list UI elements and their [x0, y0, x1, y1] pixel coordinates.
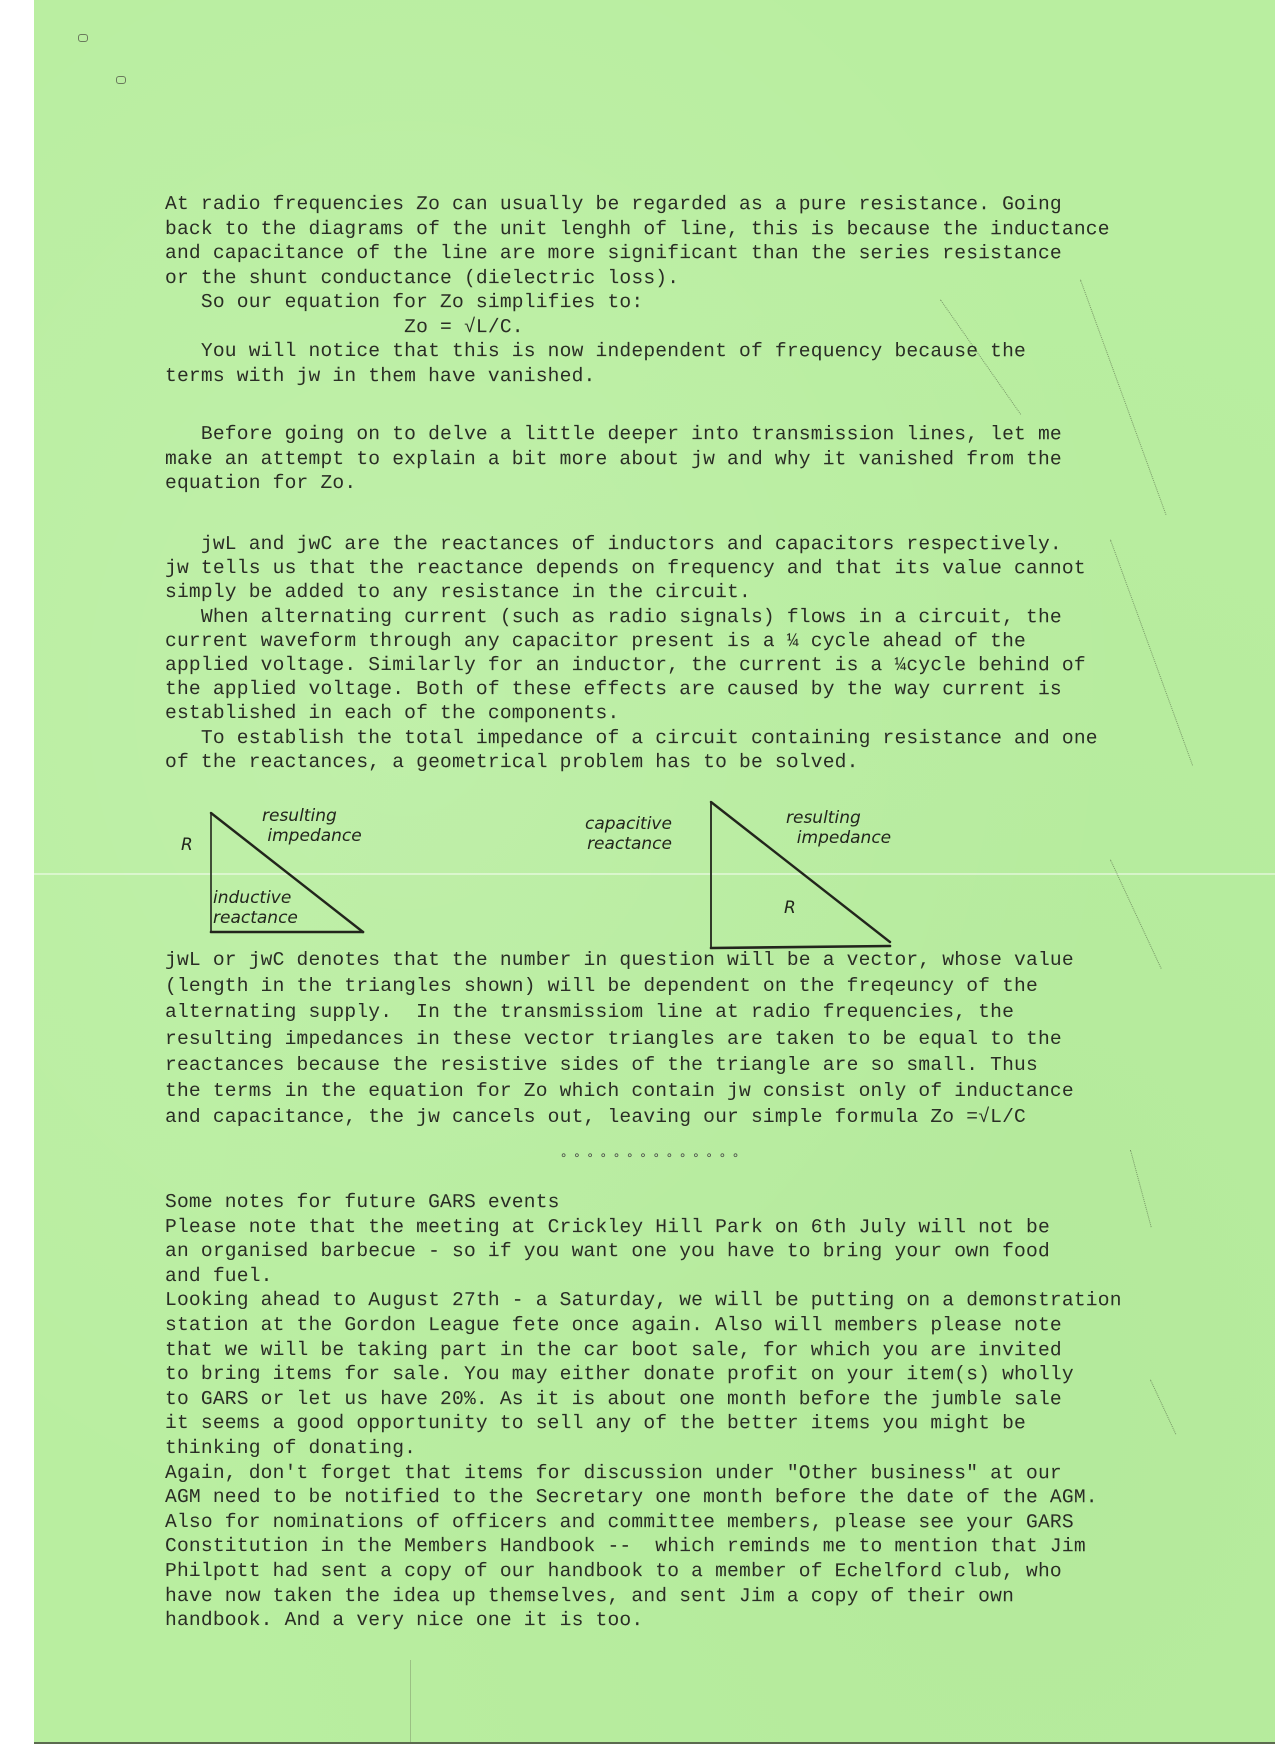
- label-inductive-reactance: inductive reactance: [213, 888, 298, 928]
- label-resulting-impedance-capacitive: resulting impedance: [786, 808, 891, 848]
- label-r-capacitive: R: [784, 898, 796, 918]
- vector-triangle-diagrams: [0, 0, 1275, 1750]
- label-r-inductive: R: [181, 835, 193, 855]
- label-resulting-impedance-inductive: resulting impedance: [262, 806, 362, 846]
- label-capacitive-reactance: capacitive reactance: [585, 814, 672, 854]
